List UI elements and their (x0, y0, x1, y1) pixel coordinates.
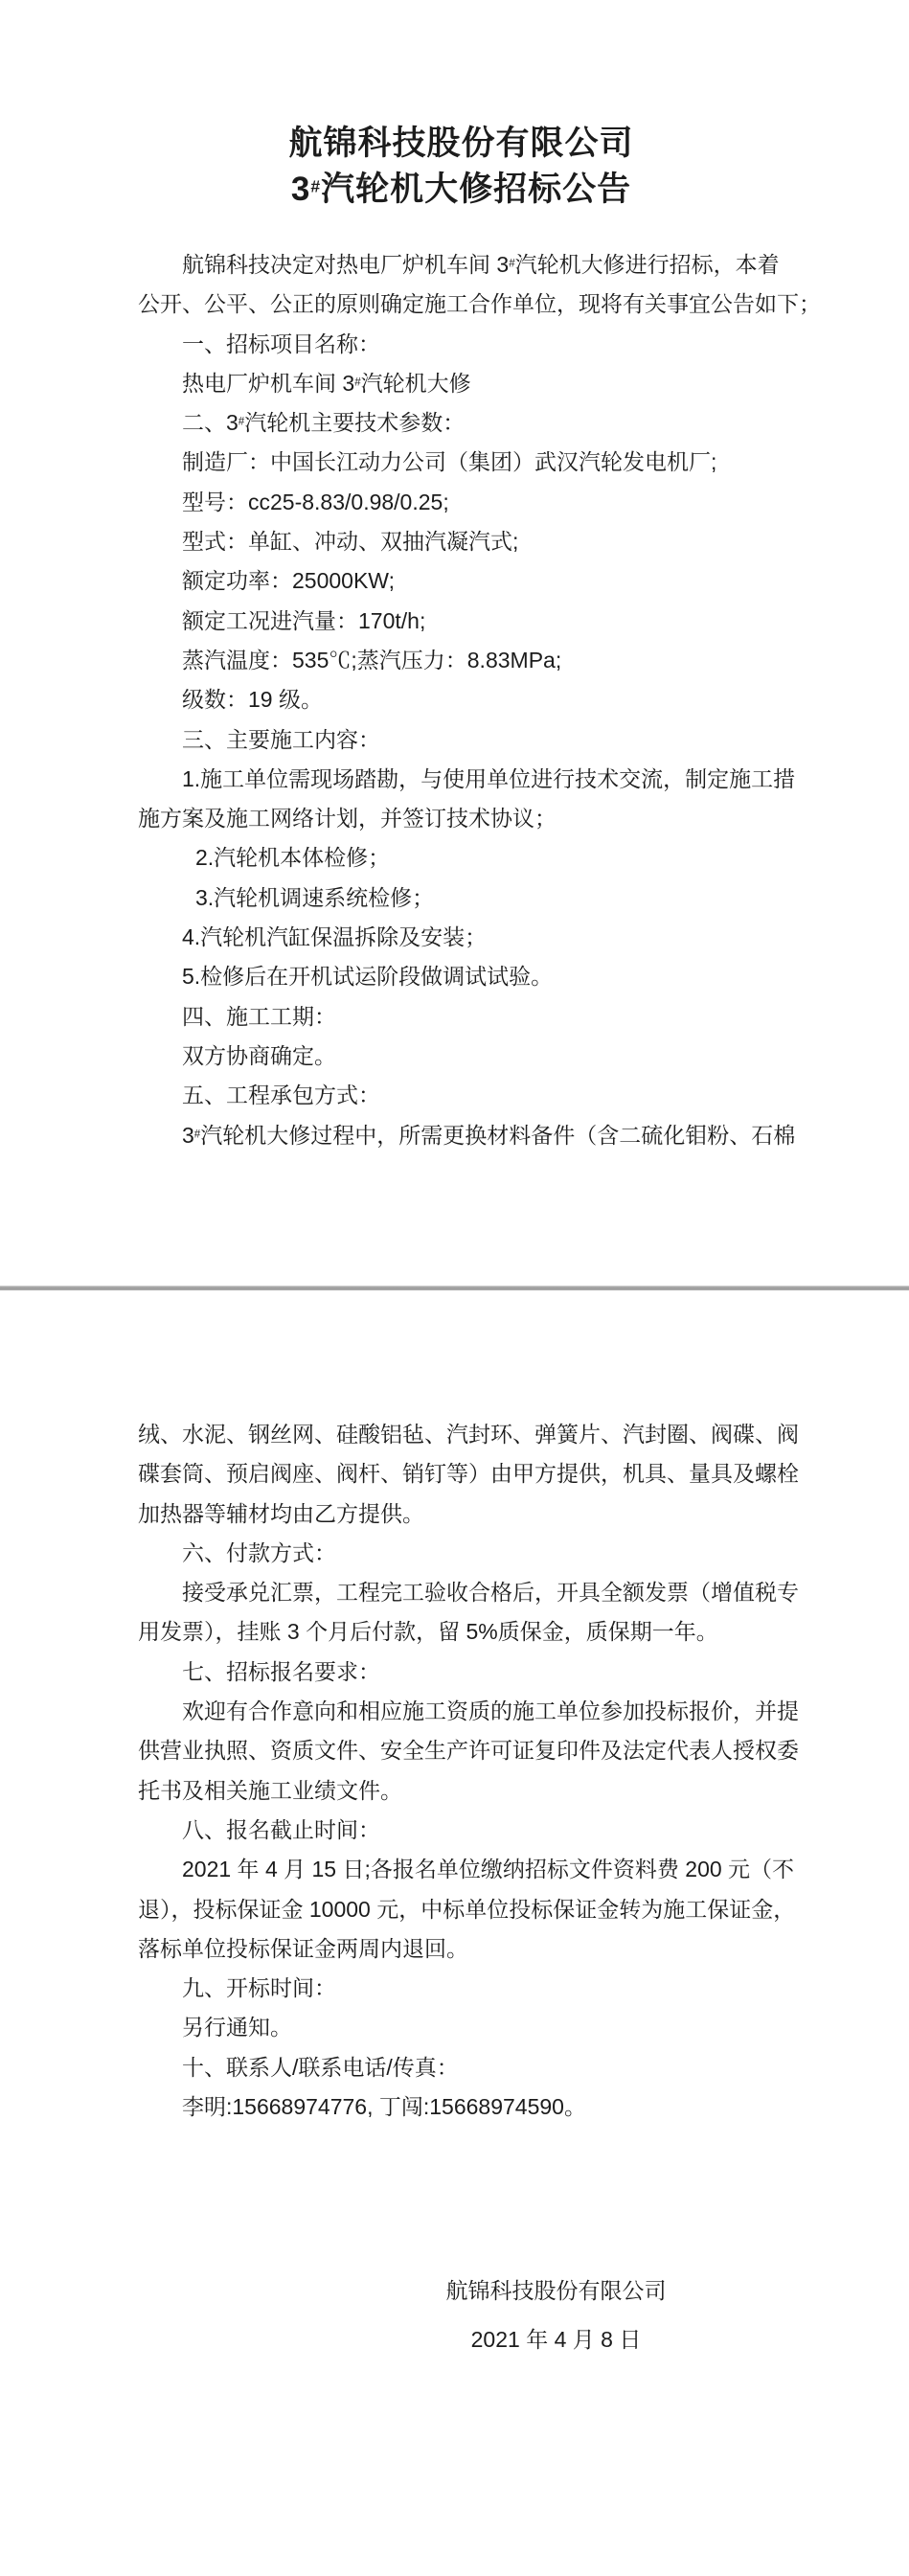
doc-line: 额定功率：25000KW; (138, 561, 784, 601)
doc-line: 十、联系人/联系电话/传真： (138, 2048, 784, 2087)
doc-line: 一、招标项目名称： (138, 325, 784, 364)
doc-line: 退），投标保证金 10000 元，中标单位投标保证金转为施工保证金， (138, 1890, 784, 1929)
doc-line: 2021 年 4 月 15 日;各报名单位缴纳招标文件资料费 200 元（不 (138, 1850, 784, 1889)
doc-line: 接受承兑汇票，工程完工验收合格后，开具全额发票（增值税专 (138, 1573, 784, 1612)
doc-line: 制造厂：中国长江动力公司（集团）武汉汽轮发电机厂; (138, 443, 784, 482)
doc-line: 型式：单缸、冲动、双抽汽凝汽式; (138, 522, 784, 561)
doc-line: 八、报名截止时间： (138, 1811, 784, 1850)
doc-line: 5.检修后在开机试运阶段做调试试验。 (138, 957, 784, 996)
doc-line: 2.汽轮机本体检修； (138, 838, 784, 878)
doc-line: 六、付款方式： (138, 1534, 784, 1573)
doc-line: 加热器等辅材均由乙方提供。 (138, 1494, 784, 1534)
doc-title-line: 航锦科技股份有限公司 (138, 121, 784, 167)
doc-line: 李明:15668974776, 丁闯:15668974590。 (138, 2087, 784, 2127)
doc-title: 航锦科技股份有限公司3#汽轮机大修招标公告 (138, 121, 784, 213)
doc-line: 双方协商确定。 (138, 1037, 784, 1076)
doc-line: 碟套筒、预启阀座、阀杆、销钉等）由甲方提供，机具、量具及螺栓 (138, 1454, 784, 1493)
doc-line: 蒸汽温度：535℃;蒸汽压力：8.83MPa; (138, 641, 784, 680)
doc-line: 级数：19 级。 (138, 680, 784, 719)
doc-line: 托书及相关施工业绩文件。 (138, 1771, 784, 1811)
doc-line: 绒、水泥、钢丝网、硅酸铝毡、汽封环、弹簧片、汽封圈、阀碟、阀 (138, 1415, 784, 1454)
page-2: 绒、水泥、钢丝网、硅酸铝毡、汽封环、弹簧片、汽封圈、阀碟、阀碟套筒、预启阀座、阀… (0, 1290, 909, 2576)
doc-line: 施方案及施工网络计划，并签订技术协议； (138, 799, 784, 838)
doc-line: 二、3#汽轮机主要技术参数： (138, 403, 784, 443)
doc-line: 四、施工工期： (138, 997, 784, 1037)
doc-line: 额定工况进汽量：170t/h; (138, 602, 784, 641)
page-2-body: 绒、水泥、钢丝网、硅酸铝毡、汽封环、弹簧片、汽封圈、阀碟、阀碟套筒、预启阀座、阀… (138, 1415, 784, 2127)
doc-line: 用发票），挂账 3 个月后付款，留 5%质保金，质保期一年。 (138, 1612, 784, 1652)
doc-line: 1.施工单位需现场踏勘，与使用单位进行技术交流，制定施工措 (138, 760, 784, 799)
signature-block: 航锦科技股份有限公司 2021 年 4 月 8 日 (331, 2267, 781, 2364)
doc-line: 热电厂炉机车间 3#汽轮机大修 (138, 364, 784, 403)
doc-line: 3#汽轮机大修过程中，所需更换材料备件（含二硫化钼粉、石棉 (138, 1116, 784, 1155)
doc-line: 落标单位投标保证金两周内退回。 (138, 1929, 784, 1969)
doc-line: 九、开标时间： (138, 1969, 784, 2008)
signature-company: 航锦科技股份有限公司 (331, 2267, 781, 2315)
doc-line: 七、招标报名要求： (138, 1653, 784, 1692)
doc-title-line: 3#汽轮机大修招标公告 (138, 167, 784, 213)
doc-line: 五、工程承包方式： (138, 1076, 784, 1115)
doc-line: 三、主要施工内容： (138, 720, 784, 760)
doc-line: 供营业执照、资质文件、安全生产许可证复印件及法定代表人授权委 (138, 1731, 784, 1770)
signature-date: 2021 年 4 月 8 日 (331, 2315, 781, 2364)
doc-line: 航锦科技决定对热电厂炉机车间 3#汽轮机大修进行招标，本着 (138, 245, 784, 285)
doc-line: 欢迎有合作意向和相应施工资质的施工单位参加投标报价，并提 (138, 1692, 784, 1731)
page-1-body: 航锦科技决定对热电厂炉机车间 3#汽轮机大修进行招标，本着公开、公平、公正的原则… (138, 245, 784, 1155)
doc-line: 型号：cc25-8.83/0.98/0.25; (138, 483, 784, 522)
tender-announcement-document: 航锦科技股份有限公司3#汽轮机大修招标公告 航锦科技决定对热电厂炉机车间 3#汽… (0, 0, 909, 2576)
page-1: 航锦科技股份有限公司3#汽轮机大修招标公告 航锦科技决定对热电厂炉机车间 3#汽… (0, 0, 909, 1286)
doc-line: 3.汽轮机调速系统检修； (138, 878, 784, 918)
doc-line: 另行通知。 (138, 2008, 784, 2047)
doc-line: 公开、公平、公正的原则确定施工合作单位，现将有关事宜公告如下； (138, 285, 784, 324)
doc-line: 4.汽轮机汽缸保温拆除及安装； (138, 918, 784, 957)
